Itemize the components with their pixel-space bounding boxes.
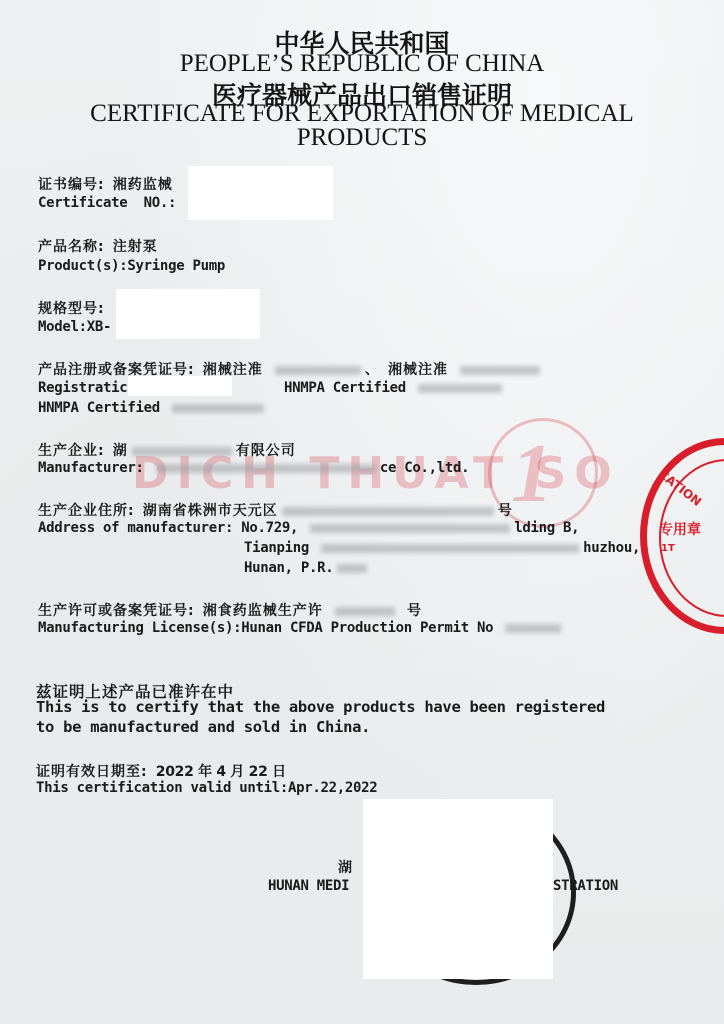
- registration-en-line2: HNMPA Certified: [38, 400, 268, 416]
- blurred-value: [460, 366, 540, 375]
- address-cn: 生产企业住所: 湖南省株洲市天元区号: [38, 500, 513, 520]
- issuer-en-prefix: HUNAN MEDI: [268, 878, 349, 894]
- blurred-value: [172, 404, 264, 413]
- redaction-box: [128, 376, 232, 396]
- blurred-value: [132, 447, 232, 456]
- manufacturer-en: Manufacturer: ce Co.,ltd.: [38, 460, 469, 476]
- issuer-en-suffix: STRATION: [553, 878, 618, 894]
- blurred-value: [335, 607, 395, 616]
- address-en-line2: Tianping huzhou,: [244, 540, 640, 556]
- manufacturer-cn: 生产企业: 湖有限公司: [38, 440, 296, 460]
- registration-en-line1: Registratic: [38, 380, 127, 396]
- blurred-value: [321, 544, 579, 553]
- registration-cn: 产品注册或备案凭证号: 湘械注准 、 湘械注准: [38, 359, 544, 379]
- certificate-no-cn: 证书编号: 湘药监械: [38, 174, 173, 194]
- address-en-line1: Address of manufacturer: No.729, lding B…: [38, 520, 579, 536]
- license-en: Manufacturing License(s):Hunan CFDA Prod…: [38, 620, 565, 636]
- blurred-value: [505, 624, 561, 633]
- issuer-cn: 湖: [338, 857, 353, 877]
- product-en: Product(s):Syringe Pump: [38, 258, 225, 274]
- blurred-value: [275, 366, 361, 375]
- redaction-box: [188, 166, 333, 220]
- model-cn: 规格型号:: [38, 298, 105, 318]
- country-title-en: PEOPLE’S REPUBLIC OF CHINA: [0, 50, 724, 78]
- blurred-value: [156, 464, 376, 473]
- address-en-line3: Hunan, P.R.: [244, 560, 371, 576]
- model-en: Model:XB-: [38, 319, 111, 335]
- registration-en-value1: HNMPA Certified: [284, 380, 506, 396]
- blurred-value: [337, 564, 367, 573]
- statement-en-line2: to be manufactured and sold in China.: [36, 718, 370, 736]
- statement-en-line1: This is to certify that the above produc…: [36, 698, 605, 716]
- redaction-box: [363, 799, 553, 979]
- product-cn: 产品名称: 注射泵: [38, 236, 158, 256]
- certificate-no-en: Certificate NO.:: [38, 195, 176, 211]
- redaction-box: [116, 289, 260, 339]
- validity-en: This certification valid until:Apr.22,20…: [36, 780, 377, 796]
- blurred-value: [310, 524, 510, 533]
- blurred-value: [282, 507, 494, 516]
- blurred-value: [418, 384, 502, 393]
- validity-cn: 证明有效日期至: 2022 年 4 月 22 日: [36, 761, 286, 781]
- license-cn: 生产许可或备案凭证号: 湘食药监械生产许 号: [38, 600, 422, 620]
- certificate-title-en-line2: PRODUCTS: [0, 124, 724, 152]
